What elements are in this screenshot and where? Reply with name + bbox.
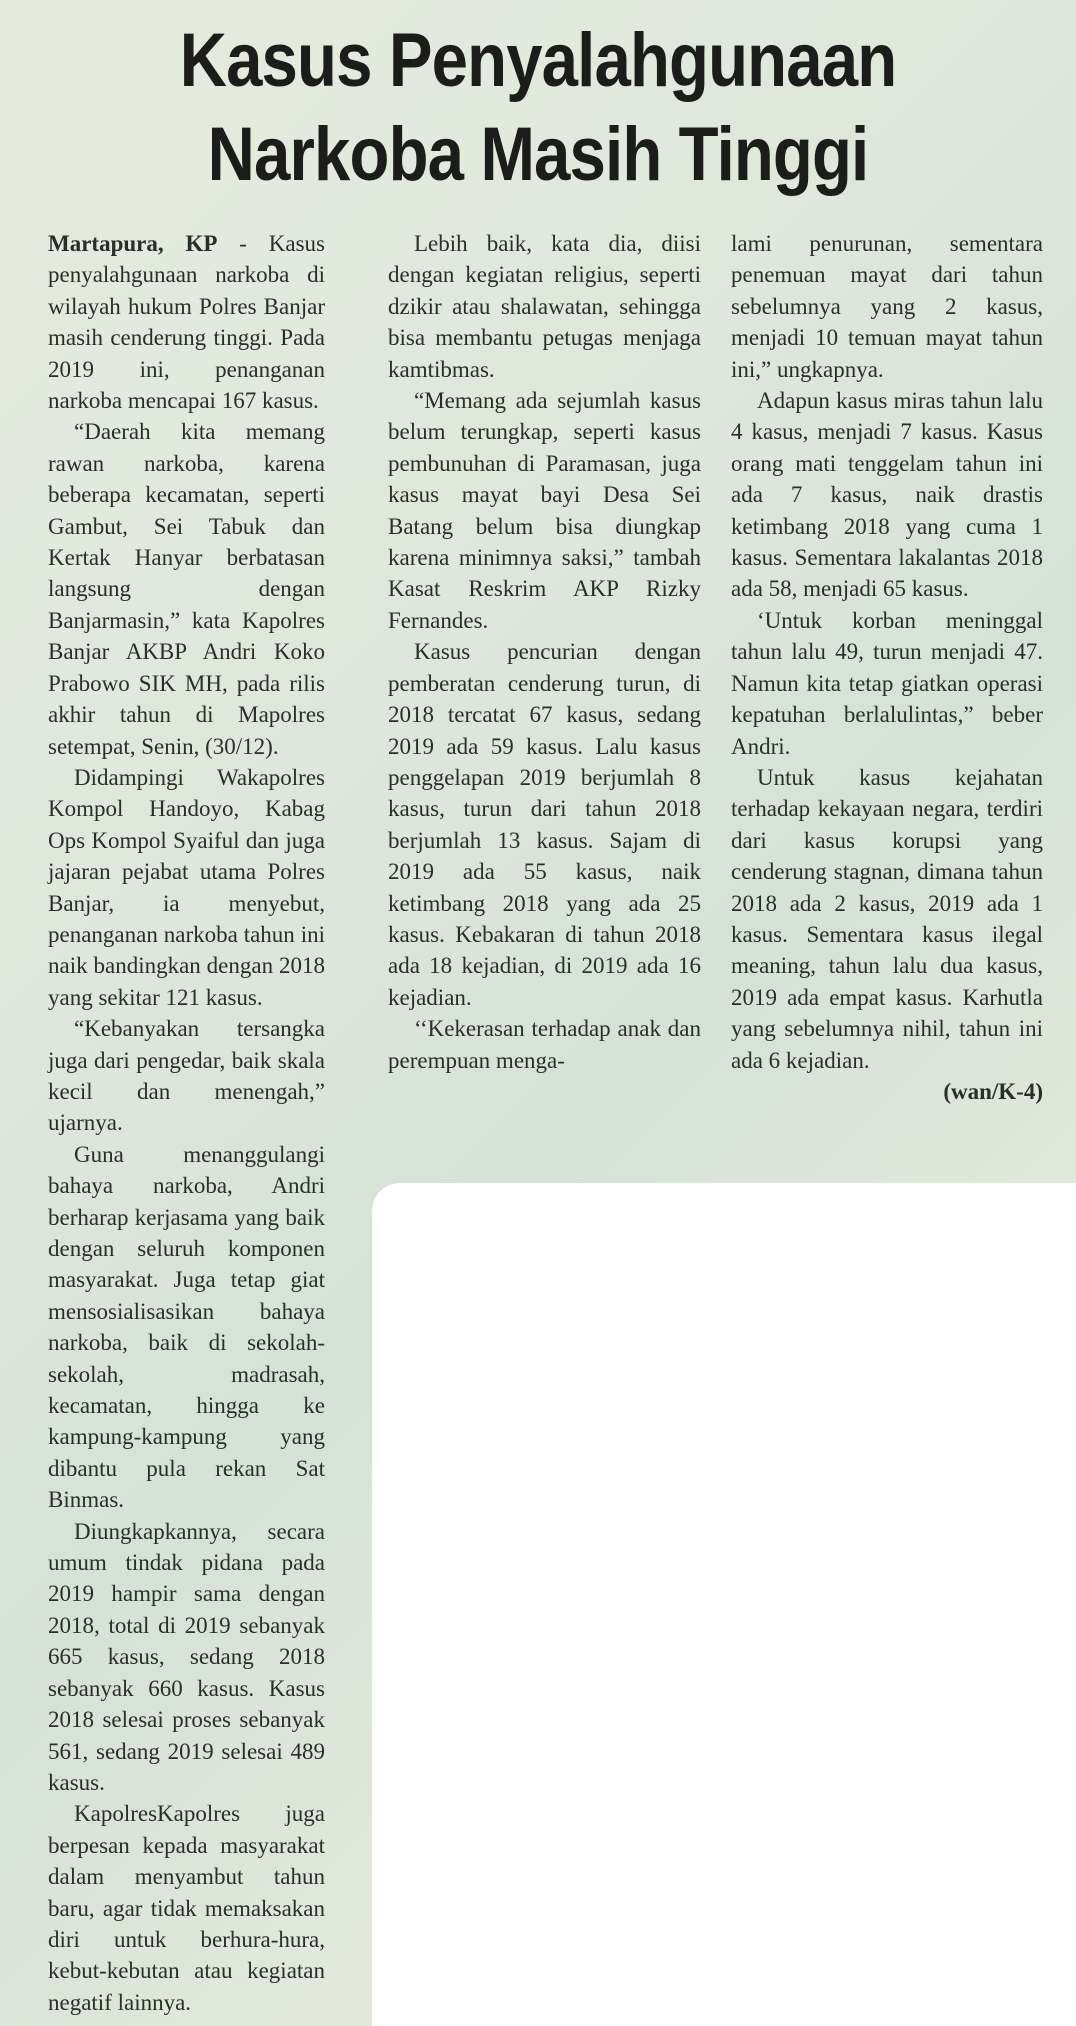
paragraph: KapolresKapolres juga berpesan kepada ma… xyxy=(48,1798,325,2018)
article-column-3: lami penurunan, sementara penemuan mayat… xyxy=(731,228,1043,1107)
headline: Kasus Penyalahgunaan Narkoba Masih Tingg… xyxy=(75,0,1000,210)
headline-line-1: Kasus Penyalahgunaan xyxy=(75,14,1000,108)
paragraph: Diungkapkannya, secara umum tindak pidan… xyxy=(48,1516,325,1799)
paragraph: Kasus pencurian dengan pemberatan cender… xyxy=(388,636,701,1013)
newspaper-clipping: Kasus Penyalahgunaan Narkoba Masih Tingg… xyxy=(0,0,1076,2026)
paragraph: ‘‘Kekerasan terhadap anak dan perempuan … xyxy=(388,1013,701,1076)
paragraph: lami penurunan, sementara penemuan mayat… xyxy=(731,228,1043,385)
article-column-2: Lebih baik, kata dia, diisi dengan kegia… xyxy=(388,228,701,1076)
paragraph: ‘Untuk korban meninggal tahun lalu 49, t… xyxy=(731,605,1043,762)
paragraph: Adapun kasus miras tahun lalu 4 kasus, m… xyxy=(731,385,1043,605)
lead-paragraph: Martapura, KP - Kasus penyalahgunaan nar… xyxy=(48,228,325,416)
paragraph: “Daerah kita memang rawan narkoba, karen… xyxy=(48,416,325,761)
paragraph: Untuk kasus kejahatan terhadap kekayaan … xyxy=(731,762,1043,1076)
article-column-1: Martapura, KP - Kasus penyalahgunaan nar… xyxy=(48,228,325,2018)
paragraph: “Kebanyakan tersangka juga dari pengedar… xyxy=(48,1013,325,1139)
dateline: Martapura, KP xyxy=(48,231,217,256)
blank-cutout-area xyxy=(372,1183,1076,2026)
paragraph: Guna menanggulangi bahaya narkoba, Andri… xyxy=(48,1139,325,1516)
paragraph: Lebih baik, kata dia, diisi dengan kegia… xyxy=(388,228,701,385)
paragraph: Didampingi Wakapolres Kompol Handoyo, Ka… xyxy=(48,762,325,1013)
paragraph: “Memang ada sejumlah kasus belum terungk… xyxy=(388,385,701,636)
headline-line-2: Narkoba Masih Tinggi xyxy=(75,108,1000,202)
byline: (wan/K-4) xyxy=(731,1076,1043,1107)
